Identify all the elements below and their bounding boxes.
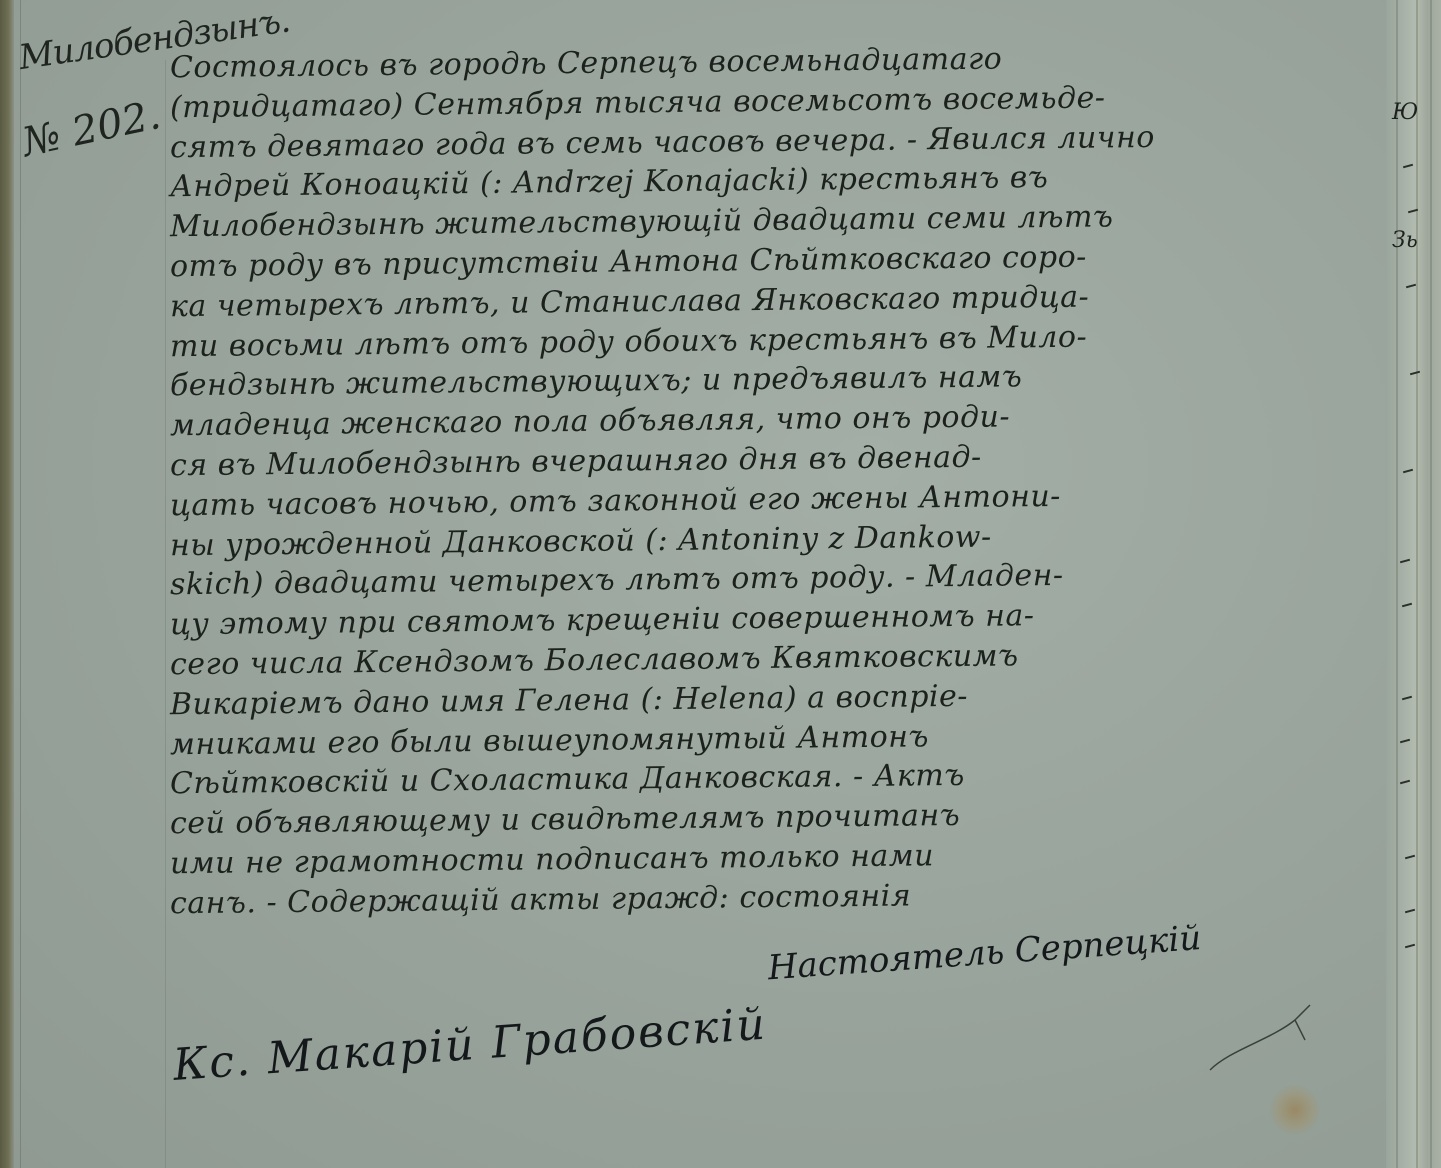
page-edge-right: [1386, 0, 1441, 1168]
signature-block: Кс. Макарій Грабовскій Настоятель Серпец…: [171, 999, 768, 1091]
margin-rule-left: [20, 0, 21, 1168]
right-margin-mark: Зь: [1392, 228, 1418, 253]
document-page: Милобендзынъ. № 202. Состоялось въ город…: [0, 0, 1441, 1168]
signature-flourish-icon: [1200, 1000, 1320, 1080]
right-margin-mark: Ю: [1392, 100, 1418, 125]
page-fold-line: [1396, 0, 1398, 1168]
paper-stain: [1270, 1085, 1320, 1135]
signature-title: Настоятель Серпецкій: [766, 918, 1202, 988]
book-binding: [0, 0, 14, 1168]
margin-rule-text: [165, 60, 166, 1168]
page-fold-line: [1430, 0, 1432, 1168]
record-body: Состоялось въ городѣ Серпецъ восемьнадца…: [170, 44, 1360, 920]
page-fold-line: [1416, 0, 1418, 1168]
signature-name: Кс. Макарій Грабовскій: [171, 999, 768, 1091]
margin-act-number: № 202.: [18, 92, 164, 166]
